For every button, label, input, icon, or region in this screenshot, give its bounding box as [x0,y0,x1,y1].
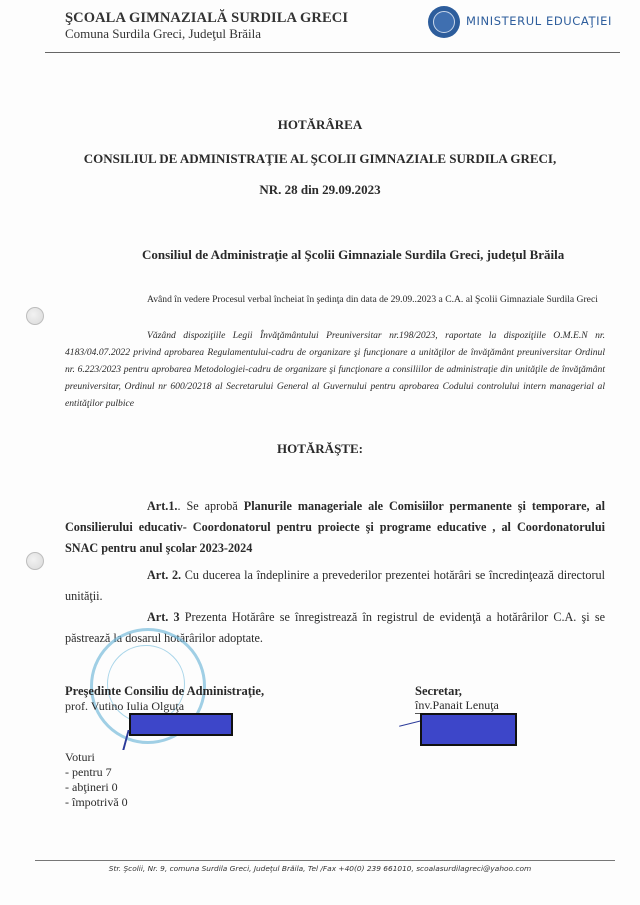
secretary-name: înv.Panait Lenuţa [415,698,499,714]
document-title: HOTĂRÂREA [0,117,640,133]
council-heading: CONSILIUL DE ADMINISTRAŢIE AL ŞCOLII GIM… [0,151,640,167]
ministry-name: MINISTERUL EDUCAŢIEI [466,14,612,28]
footer-divider [35,860,615,861]
preamble-paragraph-1: Având în vedere Procesul verbal încheiat… [65,291,605,308]
president-name: prof. Vutino Iulia Olguţa [65,699,184,714]
preamble-paragraph-2: Văzând dispoziţiile Legii Învăţământului… [65,327,605,412]
ministry-coat-of-arms-icon [428,6,460,38]
article-1: Art.1.. Se aprobă Planurile manageriale … [65,496,605,559]
school-name: ŞCOALA GIMNAZIALĂ SURDILA GRECI [65,10,348,27]
redacted-signature-secretary [420,713,517,746]
secretary-title: Secretar, [415,684,462,699]
votes-for: - pentru 7 [65,765,128,780]
votes-abstain: - abţineri 0 [65,780,128,795]
punch-hole-icon [26,552,44,570]
votes-against: - împotrivă 0 [65,795,128,810]
header-divider [45,52,620,53]
decides-heading: HOTĂRĂŞTE: [0,441,640,457]
council-line: Consiliul de Administraţie al Şcolii Gim… [142,247,564,263]
signature-stroke [122,730,159,750]
president-title: Preşedinte Consiliu de Administraţie, [65,684,264,699]
commune-line: Comuna Surdila Greci, Judeţul Brăila [65,26,261,42]
article-2: Art. 2. Cu ducerea la îndeplinire a prev… [65,565,605,607]
votes-label: Voturi [65,750,128,765]
votes-block: Voturi - pentru 7 - abţineri 0 - împotri… [65,750,128,810]
footer-address: Str. Şcolii, Nr. 9, comuna Surdila Greci… [0,864,640,873]
decision-number: NR. 28 din 29.09.2023 [0,182,640,198]
punch-hole-icon [26,307,44,325]
